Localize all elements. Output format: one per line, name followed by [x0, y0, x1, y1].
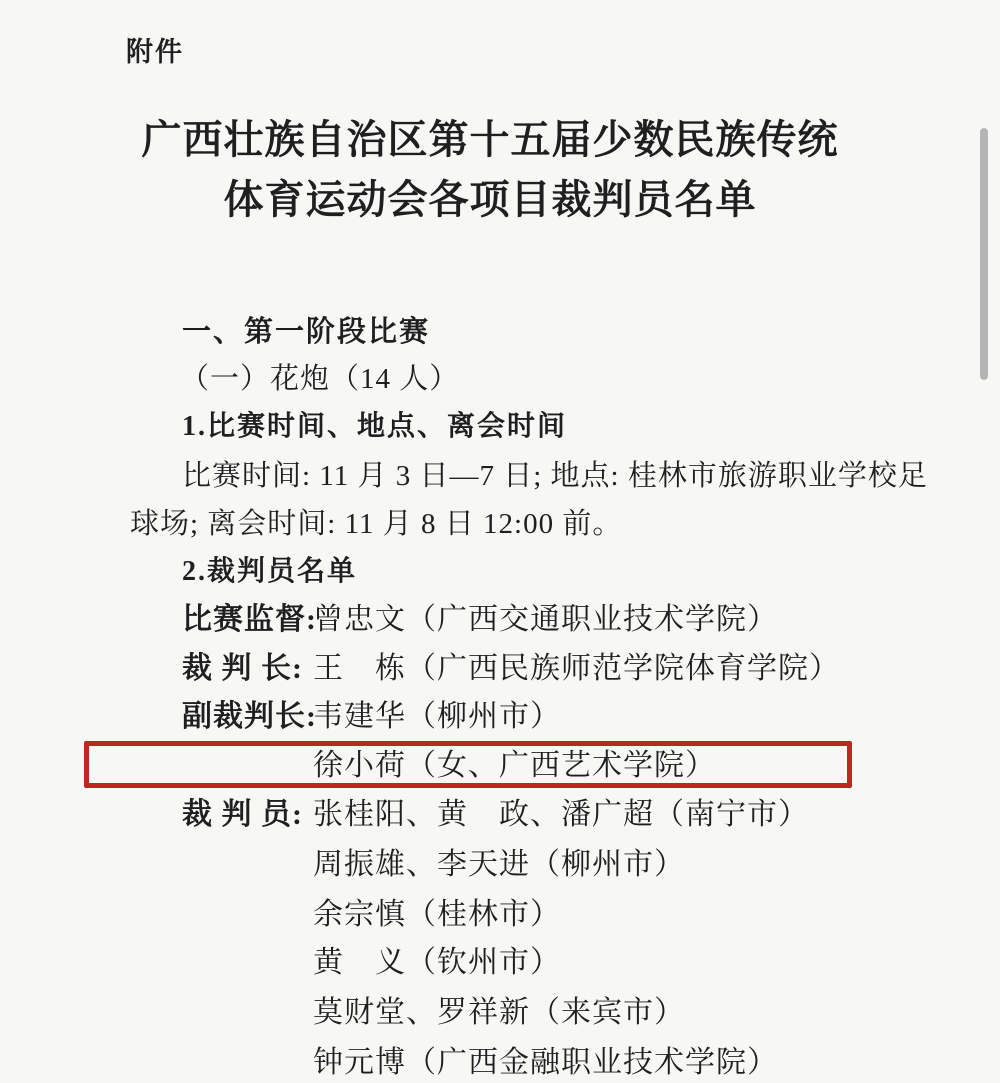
referee-names: 余宗慎（桂林市）: [313, 898, 561, 931]
referee-row: 裁 判 长:王 栋（广西民族师范学院体育学院）: [182, 650, 840, 688]
referee-row: 莫财堂、罗祥新（来宾市）: [182, 994, 685, 1032]
referee-names: 徐小荷（女、广西艺术学院）: [313, 749, 716, 782]
referee-names: 曾忠文（广西交通职业技术学院）: [313, 603, 778, 636]
referee-role-label: 裁 判 长:: [182, 650, 313, 688]
document-page: 附件 广西壮族自治区第十五届少数民族传统 体育运动会各项目裁判员名单 一、第一阶…: [0, 0, 1000, 1083]
referee-row-highlighted: 徐小荷（女、广西艺术学院）: [182, 747, 716, 785]
document-title-line2: 体育运动会各项目裁判员名单: [0, 170, 980, 230]
referee-role-label: 副裁判长:: [182, 698, 313, 736]
referee-names: 张桂阳、黄 政、潘广超（南宁市）: [313, 798, 809, 831]
scrollbar-thumb[interactable]: [980, 128, 988, 380]
document-title: 广西壮族自治区第十五届少数民族传统 体育运动会各项目裁判员名单: [0, 110, 980, 230]
referee-names: 莫财堂、罗祥新（来宾市）: [313, 996, 685, 1029]
schedule-text-line1: 比赛时间: 11 月 3 日—7 日; 地点: 桂林市旅游职业学校足: [182, 453, 928, 494]
schedule-heading: 1.比赛时间、地点、离会时间: [182, 404, 567, 444]
referee-names: 黄 义（钦州市）: [313, 946, 561, 979]
referee-row: 钟元博（广西金融职业技术学院）: [182, 1044, 778, 1082]
document-title-line1: 广西壮族自治区第十五届少数民族传统: [0, 110, 980, 170]
stage-heading: 一、第一阶段比赛: [182, 309, 430, 350]
event-heading: （一）花炮（14 人）: [180, 356, 459, 397]
schedule-text-line2: 球场; 离会时间: 11 月 8 日 12:00 前。: [130, 501, 622, 542]
referee-row: 比赛监督:曾忠文（广西交通职业技术学院）: [182, 601, 778, 639]
referee-row: 裁 判 员:张桂阳、黄 政、潘广超（南宁市）: [182, 796, 809, 834]
referee-list-heading: 2.裁判员名单: [182, 549, 357, 589]
referee-role-label: 裁 判 员:: [182, 796, 313, 834]
referee-names: 王 栋（广西民族师范学院体育学院）: [313, 652, 840, 685]
referee-names: 韦建华（柳州市）: [313, 700, 561, 733]
referee-names: 周振雄、李天进（柳州市）: [313, 848, 685, 881]
referee-row: 副裁判长:韦建华（柳州市）: [182, 698, 561, 736]
referee-row: 黄 义（钦州市）: [182, 944, 561, 982]
attachment-label: 附件: [126, 30, 184, 69]
referee-names: 钟元博（广西金融职业技术学院）: [313, 1046, 778, 1079]
referee-row: 周振雄、李天进（柳州市）: [182, 846, 685, 884]
referee-row: 余宗慎（桂林市）: [182, 896, 561, 934]
referee-role-label: 比赛监督:: [182, 601, 313, 639]
